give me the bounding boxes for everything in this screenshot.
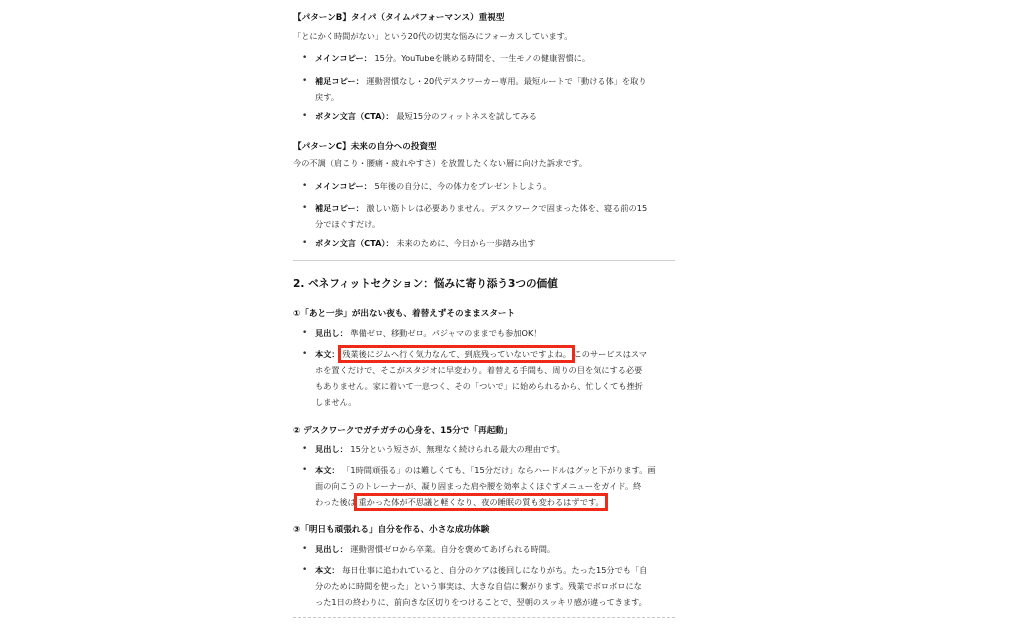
highlight-box-2: 重かった体が不思議と軽くなり、夜の睡眠の質も変わるはずです。 [358,497,603,507]
bullet-icon: • [302,235,307,251]
bottom-divider [293,617,675,618]
bullet-icon: • [302,73,307,89]
bullet-icon: • [302,462,307,478]
section-2-heading: 2. ベネフィットセクション：悩みに寄り添う3つの価値 [293,276,558,291]
benefit-3-title: ③「明日も頑張れる」自分を作る、小さな成功体験 [293,523,489,535]
bullet-icon: • [302,108,307,124]
bullet-icon: • [302,346,307,362]
bullet-icon: • [302,562,307,578]
pattern-b-intro: 「とにかく時間がない」という20代の切実な悩みにフォーカスしています。 [293,31,572,42]
bullet-icon: • [302,441,307,457]
bullet-icon: • [302,50,307,66]
bullet-icon: • [302,541,307,557]
benefit-1-title: ①「あと一歩」が出ない夜も、着替えずそのままスタート [293,307,515,319]
highlight-box-1: 残業後にジムへ行く気力なんて、到底残っていないですよね。 [342,349,571,359]
section-divider [293,260,675,261]
pattern-c-intro: 今の不調（肩こり・腰痛・疲れやすさ）を放置したくない層に向けた訴求です。 [293,158,587,169]
pattern-c-title: 【パターンC】未来の自分への投資型 [293,140,437,152]
bullet-icon: • [302,325,307,341]
bullet-icon: • [302,200,307,216]
benefit-2-title: ② デスクワークでガチガチの心身を、15分で「再起動」 [293,424,512,436]
bullet-icon: • [302,178,307,194]
pattern-b-title: 【パターンB】タイパ（タイムパフォーマンス）重視型 [293,11,504,23]
